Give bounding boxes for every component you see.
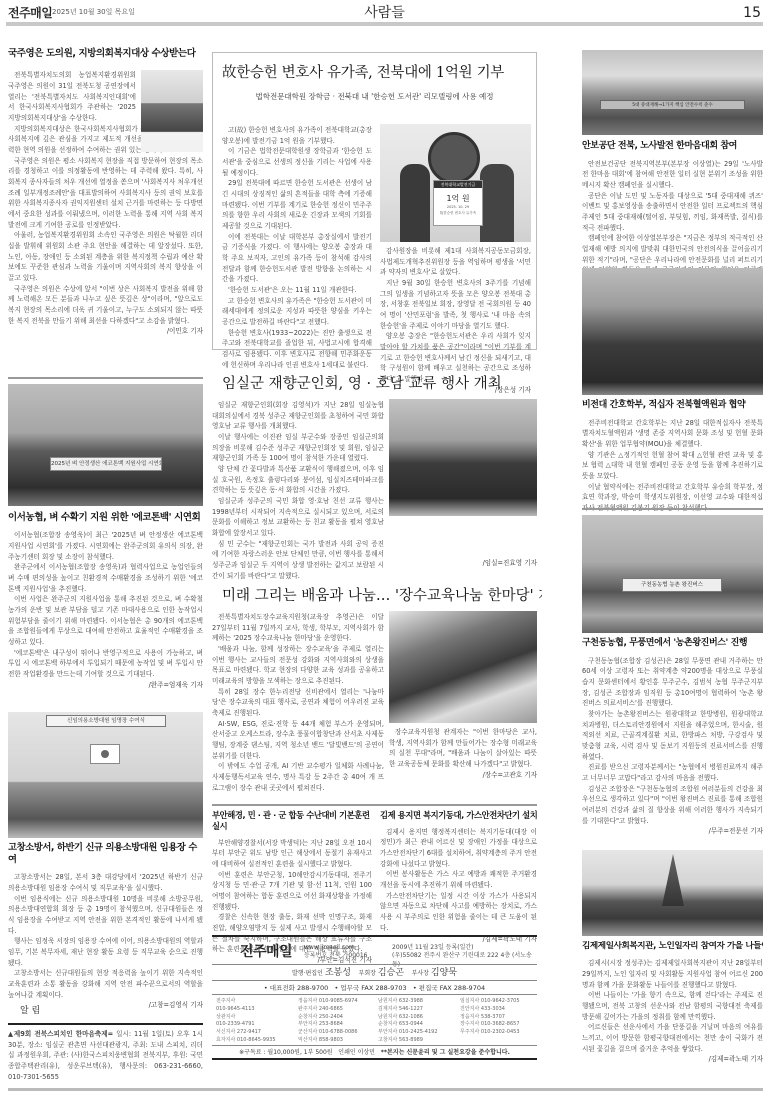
phone-main: • 대표전화 288-9700: [264, 984, 328, 992]
article-title[interactable]: 부안해경, 민 · 관 · 군 합동 수난대비 기본훈련 실시: [212, 810, 372, 832]
han-donation-photo: 전북대학교발전기금 1억 원 2025. 10. 29 故한승헌 변호사 유가족: [380, 124, 531, 242]
article-gucheon: 구천동농협, 무풍면에서 '농촌왕진버스' 진행 구천동농협(조합장 김성곤)은…: [582, 638, 763, 837]
branch-directory: 전주지사010-9645-4113상관지사010-2339-4791서신지사 2…: [216, 998, 537, 1045]
article-paragraph: 가스안전차단기는 일정 시간 이상 가스가 사용되지 않으면 자동으로 차단해 …: [380, 891, 537, 934]
printer: 인쇄인 이상민: [338, 1049, 375, 1056]
article-paragraph: 심 민 군수는 "재향군인회는 국가 발전과 사회 공익 증진에 기여한 자랑스…: [212, 539, 384, 582]
photo-banner: 5대 중대재해→1가지 핵심 안전수칙 준수: [600, 100, 745, 110]
article-jangsu-col2: 장수교육지원청 관계자는 "이번 한마당은 교사, 학생, 지역사회가 함께 만…: [389, 727, 537, 780]
pagoda-shape: [662, 854, 684, 906]
article-paragraph: 고 한승헌 변호사의 유가족은 "한승헌 도서관이 미래세대에게 정의로운 지성…: [222, 296, 372, 328]
article-paragraph: 김성곤 조합장은 "구천동농협의 조합원 여러분들의 건강을 최우선으로 생각하…: [582, 784, 763, 827]
notice-title: ▲제9회 전북스피치인 한마음축제=: [8, 1030, 113, 1038]
article-paragraph: 이번 사업은 완주군의 지원사업을 통해 추진된 것으로, 벼 수확철 농가의 …: [8, 594, 203, 647]
article-paragraph: 완주군에서 이서농협(조합장 송영욱)과 협력사업으로 농업인들의 벼 수매 편…: [8, 562, 203, 594]
page-header: 전주매일 2025년 10월 30일 목요일 사람들 15: [0, 0, 769, 24]
portrait-photo: [141, 70, 203, 152]
article-paragraph: 양 기관은 △정기적인 헌혈 참여 확대 △헌혈 관련 교육 및 홍보 협력 △…: [582, 450, 763, 482]
article-kook: 국주영은 도의원, 지방의회복지대상 수상받는다 전북특별자치도의회 농업복지환…: [8, 48, 203, 337]
article-title[interactable]: 안보공단 전북, 노사발전 한마음대회 참여: [582, 141, 763, 153]
article-paragraph: 양 단체 간 꽃다발과 특산품 교환식이 행해졌으며, 이후 임실 호국원, 옥…: [212, 464, 384, 496]
card-title: 전북대학교발전기금: [434, 181, 482, 188]
jangsu-photo: [389, 611, 537, 723]
article-paragraph: 전북특별자치도장수교육지원청(교육장 추영곤)은 이달 27일부터 11월 7일…: [212, 612, 384, 644]
article-title[interactable]: 미래 그리는 배움과 나눔… '장수교육나눔 한마당' 개최: [222, 585, 542, 607]
article-gimje-gas: 김제 용지면 복지기동대, 가스안전차단기 설치 봉사 김제시 용지면 행정복지…: [380, 810, 537, 944]
anbo-photo: 5대 중대재해→1가지 핵심 안전수칙 준수: [582, 50, 763, 135]
vice-chair-name: 김승곤: [378, 968, 404, 978]
colophon-top-rule: [212, 935, 537, 937]
article-paragraph: 이번 나들이는 '가을 향기 속으로, 함께 걷다'라는 주제로 진행됐으며, …: [582, 990, 763, 1022]
ethics-statement: **본지는 신문윤리 및 그 실천요강을 준수합니다.: [381, 1049, 510, 1056]
phone-line: • 대표전화 288-9700 • 업무국 FAX 288-9703 • 편집국…: [212, 983, 537, 993]
photo-banner: 2025년 벼 안정생산 에코톤백 지원사업 시연회: [50, 457, 162, 471]
article-paragraph: 국주영은 의원은 수상에 앞서 "이번 상은 사회복지 발전을 위해 함께 노력…: [8, 284, 203, 327]
gucheon-photo: 구천동농협 농촌 왕진버스: [582, 515, 763, 633]
person-silhouette: [480, 164, 514, 242]
article-paragraph: 임실군과 성주군의 국민 화합 영·호남 친선 교류 행사는 1998년부터 시…: [212, 496, 384, 539]
divider: [582, 508, 763, 510]
byline: /김제=곽노태 기자: [582, 1054, 763, 1064]
label: 부회장: [359, 970, 376, 977]
staff-line: 발행·편집인 조봉성 부회장 김승곤 부사장 김양묵: [212, 967, 537, 981]
article-paragraph: '배움과 나눔, 함께 성장하는 장수교육'을 주제로 열리는 이번 행사는 교…: [212, 644, 384, 687]
footer-rule: [8, 1088, 763, 1091]
isu-photo: 2025년 벼 안정생산 에코톤백 지원사업 시연회: [8, 384, 203, 506]
article-paragraph: 특히 28일 장수 한누리전당 신비관에서 열리는 '나눔마당'은 장수교육의 …: [212, 687, 384, 719]
article-paragraph: 진료를 받으신 고령자분께서는 "농협에서 병원진료까지 해주고 너무너무 고맙…: [582, 762, 763, 783]
article-title[interactable]: 국주영은 도의원, 지방의회복지대상 수상받는다: [8, 48, 203, 60]
article-han-col1: 고(故) 한승헌 변호사의 유가족이 전북대학교(총장 양오봉)에 발전기금 1…: [222, 125, 372, 370]
imsil-photo: [389, 399, 537, 516]
article-paragraph: 어르신들은 선운사에서 가을 단풍길을 거닐며 마음의 여유를 느끼고, 이어 …: [582, 1022, 763, 1054]
fax-business: • 업무국 FAX 288-9703: [334, 984, 406, 992]
article-imsil: 임실군 재향군인회(회장 김영석)가 지난 28일 임실농협 대회의실에서 경북…: [212, 400, 384, 581]
article-paragraph: 전북특별자치도의회 농업복지환경위원회 국주영은 의원이 31일 전북도청 공연…: [8, 70, 136, 123]
article-paragraph: 이번 훈련은 부안군청, 10해안감시기동대대, 전주기상지청 등 민·관·군 …: [212, 870, 372, 913]
article-paragraph: 지난 9월 30일 한승헌 변호사의 3주기를 기념해 그의 일생을 기념하고자…: [380, 278, 531, 331]
article-paragraph: 한승헌 변호사(1933~2022)는 진안 출생으로 전주고와 전북대학교를 …: [222, 328, 372, 371]
card-amount: 1억 원: [434, 193, 482, 205]
article-paragraph: 이 밖에도 수업 공개, AI 기반 교수평가 일체화 사례나눔, 사제동행독서…: [212, 761, 384, 793]
article-gochang: 고창소방서, 하반기 신규 의용소방대원 임용장 수여 고창소방서는 28일, …: [8, 842, 203, 1010]
gochang-photo: 신임의용소방대원 임명장 수여식: [8, 712, 203, 838]
article-paragraph: 김제시 용지면 행정복지센터는 복지기동대(대장 이정민)가 최근 관내 어르신…: [380, 827, 537, 870]
publisher-name: 조봉성: [325, 968, 351, 978]
article-paragraph: 부안해양경찰서(서장 박생덕)는 지난 28일 오전 10시부터 부안군 위도 …: [212, 838, 372, 870]
article-paragraph: 감사원장을 비롯해 제1대 사회복지공동모금회장, 사법제도개혁추진위원장 등을…: [380, 246, 531, 278]
article-paragraph: '에코톤백'은 내구성이 뛰어나 반영구적으로 사용이 가능하고, 벼 투입 시…: [8, 648, 203, 680]
article-paragraph: '한승헌 도서관'은 오는 11월 11일 개관한다.: [222, 285, 372, 296]
article-paragraph: 임실군 재향군인회(회장 김영석)가 지난 28일 임실농협 대회의실에서 경북…: [212, 400, 384, 432]
article-title[interactable]: 김제 용지면 복지기동대, 가스안전차단기 설치 봉사: [380, 810, 537, 821]
article-paragraph: 이에 전북대는 이날 대학본부 총장실에서 발전기금 기증식을 가졌다. 이 행…: [222, 232, 372, 285]
article-paragraph: 국주영은 의원은 평소 사회복지 현장을 직접 방문하여 현장의 목소리를 경청…: [8, 156, 203, 231]
article-bijeon: 비전대 간호학부, 적십자 전북혈액원과 협약 전주비전대학교 간호학부는 지난…: [582, 400, 763, 524]
registration-number: 등록번호 전북 가00016: [304, 951, 367, 960]
article-paragraph: 이서농협(조합장 송영욱)이 최근 '2025년 벼 안정생산 에코톤백 지원사…: [8, 530, 203, 562]
fax-editorial: • 편집국 FAX 288-9704: [413, 984, 485, 992]
article-paragraph: 고창소방서는 28일, 본서 3층 대강당에서 '2025년 하반기 신규 의용…: [8, 872, 203, 893]
article-title[interactable]: 故한승헌 변호사 유가족, 전북대에 1억원 기부: [222, 62, 532, 84]
article-paragraph: 찾아가는 농촌왕진버스는 원광대학교 한방병원, 원광대학교 치과병원, 더스토…: [582, 709, 763, 762]
article-paragraph: 장수교육지원청 관계자는 "이번 한마당은 교사, 학생, 지역사회가 함께 만…: [389, 727, 537, 770]
article-paragraph: 고창소방서는 신규대원들의 현장 적응력을 높이기 위한 지속적인 교육훈련과 …: [8, 968, 203, 1000]
article-paragraph: 구천동농협(조합장 김성곤)은 28일 무풍면 관내 거주하는 만 60세 이상…: [582, 656, 763, 709]
notice-heading: 알 림: [8, 1005, 203, 1019]
article-paragraph: 29일 전북대에 따르면 한승헌 도서관은 선생이 남긴 시대의 상징적인 삶의…: [222, 178, 372, 231]
article-title[interactable]: 고창소방서, 하반기 신규 의용소방대원 임용장 수여: [8, 842, 203, 866]
gimje-welfare-photo: [582, 850, 763, 936]
colophon-logo: 전주매일: [240, 942, 292, 964]
subscription-price: ※구독료 : 월10,000원, 1부 500원: [239, 1049, 332, 1056]
flag-icon: [90, 744, 120, 764]
bijeon-photo: [582, 268, 763, 395]
article-paragraph: 안전보건공단 전북지역본부(본부장 이상열)는 29일 '노사발전 한마음 대회…: [582, 159, 763, 191]
person-silhouette: [400, 164, 430, 242]
article-paragraph: 이 기금은 법학전문대학원생 장학금과 '한승헌 도서관'을 중심으로 선생의 …: [222, 146, 372, 178]
article-paragraph: 김제시(시장 정성주)는 김제제일사회복지관이 지난 28일부터 29일까지, …: [582, 958, 763, 990]
article-subtitle: 법학전문대학원 장학금 · 전북대 내 '한승헌 도서관' 리모델링에 사용 예…: [212, 91, 537, 103]
photo-banner: 구천동농협 농촌 왕진버스: [622, 578, 722, 592]
article-paragraph: 공단은 이날 도민 및 노동자를 대상으로 '5대 중대재해 퀴즈' 이벤트 및…: [582, 191, 763, 234]
vp-name: 김양묵: [431, 968, 457, 978]
header-rule: [6, 22, 763, 26]
article-paragraph: 고(故) 한승헌 변호사의 유가족이 전북대학교(총장 양오봉)에 발전기금 1…: [222, 125, 372, 146]
byline: /장수=고관호 기자: [389, 770, 537, 780]
article-jangsu: 전북특별자치도장수교육지원청(교육장 추영곤)은 이달 27일부터 11월 7일…: [212, 612, 384, 793]
article-paragraph: AI·SW, ESG, 진로·진학 등 44개 체험 부스가 운영되며, 산서중…: [212, 719, 384, 762]
photo-banner: 신임의용소방대원 임명장 수여식: [46, 715, 166, 727]
article-title[interactable]: 이서농협, 벼 수확기 지원 위한 '에코톤백' 시연회: [8, 512, 203, 524]
label: 부사장: [412, 970, 429, 977]
article-title[interactable]: 임실군 재향군인회, 영 · 호남 교류 행사 개최: [222, 373, 542, 395]
divider: [212, 804, 537, 806]
notice-box: 알 림 ▲제9회 전북스피치인 한마음축제= 일시: 11월 1일(토) 오후 …: [8, 1005, 203, 1082]
article-title[interactable]: 구천동농협, 무풍면에서 '농촌왕진버스' 진행: [582, 638, 763, 650]
article-paragraph: 이번 임용식에는 신규 의용소방대원 10명을 비롯해 소방공무원, 의용소방대…: [8, 894, 203, 937]
article-paragraph: 이번 봉사활동은 가스 사고 예방과 쾌적한 주거환경 개선을 동시에 추진하기…: [380, 869, 537, 890]
divider: [8, 377, 203, 379]
card-donor: 故한승헌 변호사 유가족: [434, 211, 482, 216]
byline: /무주=전문선 기자: [582, 826, 763, 836]
byline: /임실=진효영 기자: [389, 558, 537, 568]
label: 발행·편집인: [292, 970, 323, 977]
colophon: 전주매일 www.jjmaeil.com 등록번호 전북 가00016 2009…: [212, 940, 537, 1090]
article-gimje-welfare: 김제제일사회복지관, 노인일자리 참여자 가을 나들이 김제시(시장 정성주)는…: [582, 941, 763, 1064]
article-paragraph: 아울러, 농업복지환경위원회 소속인 국주영은 의원은 탁월한 리더십을 발휘해…: [8, 230, 203, 283]
article-title[interactable]: 비전대 간호학부, 적십자 전북혈액원과 협약: [582, 400, 763, 412]
university-emblem-icon: [428, 132, 480, 184]
colophon-footer: ※구독료 : 월10,000원, 1부 500원 인쇄인 이상민 **본지는 신…: [212, 1048, 537, 1057]
byline: /완주=엄재욱 기자: [8, 680, 203, 690]
article-isu: 이서농협, 벼 수확기 지원 위한 '에코톤백' 시연회 이서농협(조합장 송영…: [8, 512, 203, 690]
article-title[interactable]: 김제제일사회복지관, 노인일자리 참여자 가을 나들이: [582, 941, 763, 952]
article-paragraph: 전주비전대학교 간호학부는 지난 28일 대한적십자사 전북특별자치도혈액원과 …: [582, 418, 763, 450]
article-paragraph: 이날 행사에는 이진관 임실 부군수와 장종민 임실군의회 의장을 비롯해 김수…: [212, 432, 384, 464]
byline: /이민호 기자: [8, 326, 203, 336]
article-paragraph: 행사는 임정욱 서장의 임용장 수여에 이어, 의용소방대원의 역할과 임무, …: [8, 936, 203, 968]
